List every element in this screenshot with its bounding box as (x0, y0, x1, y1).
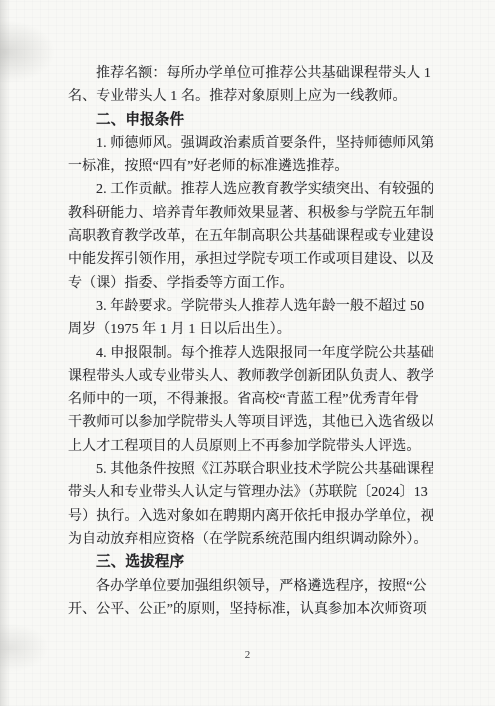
doc-line: 5. 其他条件按照《江苏联合职业技术学院公共基础课程 (68, 458, 433, 481)
doc-line: 中能发挥引领作用，承担过学院专项工作或项目建设、以及 (68, 248, 433, 271)
doc-line: 周岁（1975 年 1 月 1 日以后出生）。 (68, 318, 433, 341)
doc-line: 高职教育教学改革，在五年制高职公共基础课程或专业建设 (68, 225, 433, 248)
doc-line: 教科研能力、培养青年教师效果显著、积极参与学院五年制 (68, 202, 433, 225)
doc-line: 开、公平、公正”的原则，坚持标准，认真参加本次师资项 (68, 598, 433, 621)
section-heading-selection-procedure: 三、选拔程序 (68, 551, 433, 574)
doc-line: 4. 申报限制。每个推荐人选限报同一年度学院公共基础 (68, 342, 433, 365)
doc-line: 2. 工作贡献。推荐人选应教育教学实绩突出、有较强的 (68, 178, 433, 201)
doc-line: 为自动放弃相应资格（在学院系统范围内组织调动除外）。 (68, 528, 433, 551)
doc-line: 各办学单位要加强组织领导，严格遴选程序，按照“公 (68, 575, 433, 598)
document-page: 推荐名额：每所办学单位可推荐公共基础课程带头人 1 名、专业带头人 1 名。推荐… (0, 0, 495, 706)
doc-line: 一标准，按照“四有”好老师的标准遴选推荐。 (68, 155, 433, 178)
doc-line: 干教师可以参加学院带头人等项目评选，其他已入选省级以 (68, 411, 433, 434)
doc-line: 1. 师德师风。强调政治素质首要条件，坚持师德师风第 (68, 132, 433, 155)
doc-line: 3. 年龄要求。学院带头人推荐人选年龄一般不超过 50 (68, 295, 433, 318)
page-number: 2 (0, 649, 495, 661)
doc-line: 名师中的一项，不得兼报。省高校“青蓝工程”优秀青年骨 (68, 388, 433, 411)
doc-line: 带头人和专业带头人认定与管理办法》（苏联院〔2024〕13 (68, 481, 433, 504)
doc-line: 推荐名额：每所办学单位可推荐公共基础课程带头人 1 (68, 62, 433, 85)
document-text: 推荐名额：每所办学单位可推荐公共基础课程带头人 1 名、专业带头人 1 名。推荐… (68, 62, 433, 621)
doc-line: 号）执行。入选对象如在聘期内离开依托申报办学单位，视 (68, 505, 433, 528)
doc-line: 课程带头人或专业带头人、教师教学创新团队负责人、教学 (68, 365, 433, 388)
doc-line: 名、专业带头人 1 名。推荐对象原则上应为一线教师。 (68, 85, 433, 108)
doc-line: 专（课）指委、学指委等方面工作。 (68, 272, 433, 295)
section-heading-application-conditions: 二、申报条件 (68, 109, 433, 132)
doc-line: 上人才工程项目的人员原则上不再参加学院带头人评选。 (68, 435, 433, 458)
